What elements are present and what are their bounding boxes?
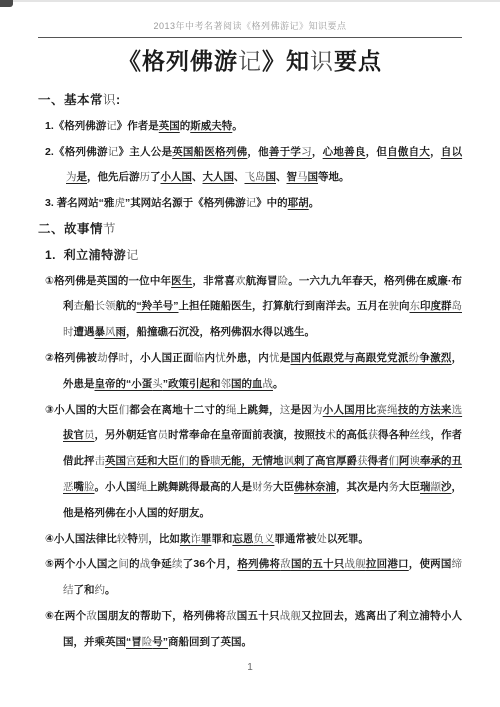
text-run: 一、基本常	[38, 93, 103, 107]
text-run: 战	[263, 378, 274, 390]
text-run: 小人国	[161, 171, 193, 183]
text-run: 恶	[63, 481, 74, 493]
text-run: 续	[172, 558, 183, 570]
text-run: 获	[368, 429, 379, 441]
text-run: ，	[430, 146, 441, 158]
text-run: ，使两国	[409, 558, 452, 570]
text-run: 善于学	[269, 146, 301, 158]
text-run: 识	[103, 93, 116, 107]
text-run: 拔官	[63, 429, 84, 441]
text-run: 敌	[226, 610, 237, 622]
item-c6: ⑥在两个敌国朋友的帮助下，格列佛将敌国五十只战舰又拉回去，逃离出了利立浦特小人国…	[38, 604, 462, 656]
text-run: 谀	[410, 455, 421, 467]
text-run: 嘴	[74, 481, 85, 493]
text-run: 务	[389, 481, 400, 493]
text-run: ，非常喜	[192, 275, 235, 287]
text-run: ③小人国的大臣	[45, 404, 119, 416]
text-run: 脸	[84, 481, 95, 493]
text-run: 了和	[74, 584, 95, 596]
text-run: 虎	[114, 197, 125, 209]
text-run: 英国船医格列佛	[172, 146, 247, 158]
text-run: 东	[410, 300, 421, 312]
text-run: 2.《格列佛游	[45, 146, 108, 158]
item-c1: ①格列佛是英国的一位中年医生，非常喜欢航海冒险。一六九九年春天，格列佛在威廉·布…	[38, 269, 462, 346]
text-run: 战	[140, 558, 151, 570]
text-run: 险	[142, 636, 153, 648]
page-number: 1	[0, 662, 500, 673]
text-run: 了36个月，	[183, 558, 238, 570]
text-run: 国	[266, 171, 277, 183]
text-run: 战舰	[345, 558, 366, 570]
text-run: 罪通常被	[274, 533, 316, 545]
text-run: ①格列佛是英国的一位中年	[45, 275, 171, 287]
text-run: 自傲自大	[387, 146, 430, 158]
text-run: ⑤两个小人国之	[45, 558, 118, 570]
item-c5: ⑤两个小人国之间的战争延续了36个月，格列佛将敌国的五十只战舰拉回港口，使两国缔…	[38, 552, 462, 604]
text-run: ”其网站名源于《格列佛游	[125, 197, 246, 209]
text-run: 赛绳	[376, 404, 397, 416]
text-run: 》中的	[256, 197, 288, 209]
text-run: 大人国	[203, 171, 235, 183]
text-run: “羚羊号”	[137, 300, 179, 312]
item-c2: ②格列佛被劫俘时，小人国正面临内忧外患，内忧是国内低跟党与高跟党党派纷争激烈，外…	[38, 346, 462, 398]
text-run: 上跳舞跳得最高的人是	[147, 481, 252, 493]
text-run: 罪	[201, 533, 212, 545]
text-run: 丝线	[410, 429, 431, 441]
text-run: 船	[84, 300, 95, 312]
text-run: 岛	[452, 300, 463, 312]
text-run: 术	[326, 429, 337, 441]
text-run: :	[116, 93, 121, 107]
text-run: 得各种	[378, 429, 410, 441]
text-run: 皇帝的“小蛋	[95, 378, 153, 390]
text-run: 上跳舞，	[237, 404, 280, 416]
text-run: ，	[312, 146, 323, 158]
text-run: 。	[309, 197, 320, 209]
text-run: 俘	[108, 352, 119, 364]
text-run: 暴	[95, 326, 106, 338]
text-run: ，他	[247, 146, 269, 158]
text-run: 印度群	[420, 300, 452, 312]
scan-artifact	[0, 0, 13, 7]
text-run: 要点	[334, 48, 382, 74]
text-run: 了	[150, 171, 161, 183]
text-run: 》知	[262, 48, 310, 74]
text-run: 获	[357, 455, 368, 467]
text-run: 阿	[399, 455, 410, 467]
text-run: 。	[232, 120, 243, 132]
text-run: 敌	[280, 558, 291, 570]
text-run: 沙	[441, 481, 452, 493]
scan-edge	[0, 0, 500, 2]
text-run: 》作者是	[117, 120, 159, 132]
text-run: 、	[234, 171, 245, 183]
text-run: 耶胡	[288, 197, 309, 209]
text-run: 忘恩	[232, 533, 253, 545]
heading-story-plot: 二、故事情节	[38, 217, 462, 243]
text-run: 无能，无情地	[221, 455, 284, 467]
text-run: 佛林奈浦	[294, 481, 336, 493]
text-run: 们	[119, 404, 130, 416]
text-run: 得者	[368, 455, 389, 467]
text-run: 间	[118, 558, 129, 570]
text-run: 欢	[235, 275, 246, 287]
text-run: ，小人国正面	[129, 352, 193, 364]
text-run: 颛	[431, 481, 442, 493]
text-run: ，船撞礁石沉没，格列佛泅水得以逃生。	[126, 326, 315, 338]
text-run: 是	[280, 352, 291, 364]
text-run: 时	[119, 352, 130, 364]
text-run: 记	[246, 197, 257, 209]
text-run: 内	[205, 352, 216, 364]
item-c3: ③小人国的大臣们都会在离地十二寸的绳上跳舞，这是因为小人国用比赛绳技的方法来选拔…	[38, 398, 462, 527]
text-run: 国五十只	[237, 610, 280, 622]
text-run: 特	[127, 533, 138, 545]
page-title: 《格列佛游记》知识要点	[38, 46, 462, 76]
text-run: 外患，内	[226, 352, 269, 364]
text-run: 记	[108, 146, 119, 158]
text-run: 劫	[97, 352, 108, 364]
text-run: 廷和大臣	[137, 455, 179, 467]
text-run: 英国	[159, 120, 180, 132]
text-run: 等地。	[318, 171, 350, 183]
text-run: 智	[287, 171, 298, 183]
text-run: 纷	[409, 352, 420, 364]
text-run: 航海冒	[246, 275, 278, 287]
text-run: ④小人国法律比	[45, 533, 117, 545]
text-run: 医生	[171, 275, 192, 287]
text-run: 财务	[252, 481, 273, 493]
text-run: 自以	[441, 146, 462, 158]
text-run: ，他先后游	[87, 171, 140, 183]
text-run: 敌	[86, 610, 97, 622]
text-run: 小人国用比	[323, 404, 377, 416]
text-run: 格列佛将	[237, 558, 280, 570]
text-run: 英国	[105, 455, 126, 467]
text-run: 国的血	[231, 378, 263, 390]
text-run: 战舰	[280, 610, 301, 622]
text-run: ②格列佛被	[45, 352, 97, 364]
text-run: 们	[179, 455, 190, 467]
text-run: 1. 利立浦特游	[45, 248, 126, 262]
text-run: 识	[310, 48, 334, 74]
text-run: 讽	[284, 455, 295, 467]
header-text: 2013年中考名著阅读《格列佛游记》知识要点	[38, 0, 462, 38]
text-run: 技的方法来	[398, 404, 452, 416]
page: 2013年中考名著阅读《格列佛游记》知识要点 《格列佛游记》知识要点 一、基本常…	[0, 0, 500, 656]
text-run: 长领	[95, 300, 116, 312]
text-run: 争延	[151, 558, 172, 570]
text-run: ，但	[366, 146, 388, 158]
text-run: 1.《格列佛游	[45, 120, 106, 132]
text-run: 《格列佛游	[118, 48, 238, 74]
text-run: 航的	[116, 300, 137, 312]
text-run: 国内低跟党与高跟党党派	[291, 352, 409, 364]
text-run: 是因	[290, 404, 311, 416]
heading-basic-knowledge: 一、基本常识:	[38, 88, 462, 114]
text-run: 的	[129, 558, 140, 570]
item-2: 2.《格列佛游记》主人公是英国船医格列佛，他善于学习，心地善良，但自傲自大，自以…	[38, 140, 462, 192]
text-run: 、	[276, 171, 287, 183]
document-body: 一、基本常识:1.《格列佛游记》作者是英国的斯威夫特。2.《格列佛游记》主人公是…	[38, 88, 462, 656]
text-run: 大臣	[273, 481, 294, 493]
text-run: 商船回到了英国。	[168, 636, 252, 648]
text-run: 员	[84, 429, 95, 441]
text-run: 这	[280, 404, 291, 416]
text-run: 遭遇	[74, 326, 95, 338]
text-run: 都会在离地十二寸的	[129, 404, 226, 416]
text-run: 忧	[215, 352, 226, 364]
text-run: 头	[152, 378, 163, 390]
subheading-lilliput: 1. 利立浦特游记	[38, 243, 462, 269]
text-run: 瑞	[420, 481, 431, 493]
text-run: 宫	[126, 455, 137, 467]
text-run: 拉回港口	[366, 558, 409, 570]
text-run: 上担任随船医生，打算航行到南洋去。五月在	[179, 300, 389, 312]
text-run: 争激烈	[419, 352, 451, 364]
text-run: 记	[238, 48, 262, 74]
text-run: 。	[105, 584, 116, 596]
text-run: 较	[117, 533, 128, 545]
text-run: 约	[95, 584, 106, 596]
text-run: 的高低	[336, 429, 368, 441]
text-run: 心地善良	[323, 146, 366, 158]
text-run: 击	[95, 455, 106, 467]
text-run: 时	[63, 326, 74, 338]
text-run: 刺了高官厚爵	[294, 455, 357, 467]
text-run: 。	[273, 378, 284, 390]
text-run: 国的五十只	[291, 558, 345, 570]
text-run: 风	[105, 326, 116, 338]
text-run: 历	[140, 171, 151, 183]
text-run: 马	[297, 171, 308, 183]
text-run: 欺	[180, 533, 191, 545]
text-run: 绳	[226, 404, 237, 416]
text-run: 忧	[269, 352, 280, 364]
text-run: 罪和	[211, 533, 232, 545]
item-3: 3. 著名网站“雅虎”其网站名源于《格列佛游记》中的耶胡。	[38, 191, 462, 217]
text-run: 、	[192, 171, 203, 183]
text-run: 时常奉命在皇帝面前表演，按照技	[168, 429, 326, 441]
text-run: 诈	[190, 533, 201, 545]
text-run: 临	[194, 352, 205, 364]
text-run: ”政策引起和	[163, 378, 221, 390]
text-run: 驶	[389, 300, 400, 312]
text-run: 员	[158, 429, 169, 441]
text-run: ，另外朝廷官	[95, 429, 158, 441]
text-run: 记	[126, 248, 139, 262]
text-run: 。小人国	[95, 481, 137, 493]
item-1: 1.《格列佛游记》作者是英国的斯威夫特。	[38, 114, 462, 140]
text-run: ，比如	[148, 533, 180, 545]
text-run: 查	[74, 300, 85, 312]
text-run: 为	[312, 404, 323, 416]
text-run: 别	[138, 533, 149, 545]
text-run: “冒	[126, 636, 142, 648]
text-run: 习	[301, 146, 312, 158]
item-c4: ④小人国法律比较特别，比如欺诈罪罪和忘恩负义罪通常被处以死罪。	[38, 527, 462, 553]
text-run: 们	[389, 455, 400, 467]
text-run: 的	[180, 120, 191, 132]
text-run: 绳	[137, 481, 148, 493]
text-run: 斯威夫特	[190, 120, 232, 132]
text-run: 聩	[210, 455, 221, 467]
text-run: 国朋友的帮助下，格列佛将	[97, 610, 226, 622]
text-run: 国	[308, 171, 319, 183]
text-run: 向	[399, 300, 410, 312]
text-run: 记	[106, 120, 117, 132]
text-run: 号”	[152, 636, 168, 648]
text-run: 选	[452, 404, 463, 416]
text-run: 的昏	[189, 455, 210, 467]
text-run: 节	[103, 222, 116, 236]
text-run: 是	[77, 171, 88, 183]
text-run: ⑥在两个	[45, 610, 86, 622]
text-run: 3. 著名网站“雅	[45, 197, 114, 209]
text-run: 飞岛	[245, 171, 266, 183]
text-run: 邻	[221, 378, 232, 390]
text-run: 奉承的丑	[420, 455, 462, 467]
text-run: 大臣	[399, 481, 420, 493]
text-run: 负义	[253, 533, 274, 545]
text-run: 处	[316, 533, 327, 545]
text-run: ，其次是内	[336, 481, 389, 493]
text-run: 险	[278, 275, 289, 287]
text-run: 为	[66, 171, 77, 183]
text-run: 》主人公是	[118, 146, 172, 158]
text-run: 雨	[116, 326, 127, 338]
text-run: 二、故事情	[38, 222, 103, 236]
text-run: 以死罪。	[327, 533, 369, 545]
